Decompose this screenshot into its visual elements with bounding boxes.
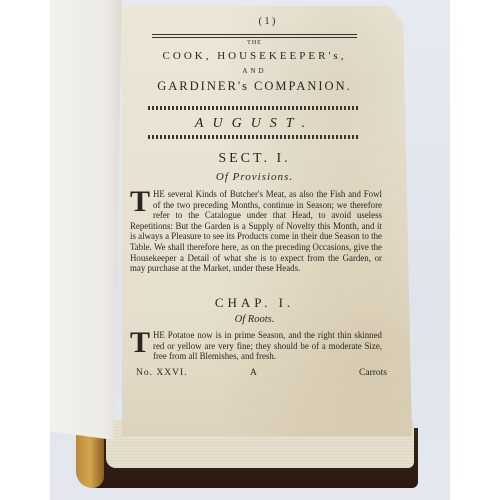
- blank-flyleaf: [50, 0, 122, 440]
- title-line-1: COOK, HOUSEKEEPER's,: [122, 50, 387, 62]
- section-subheading: Of Provisions.: [122, 171, 387, 183]
- ornament-rule-top: [148, 106, 360, 110]
- catchword: Carrots: [359, 368, 387, 378]
- title-the: THE: [122, 40, 387, 46]
- signature-number: No. XXVI.: [136, 368, 187, 378]
- book-photo: ( 1 ) THE COOK, HOUSEKEEPER's, AND GARDI…: [50, 0, 450, 500]
- chapter-heading: CHAP. I.: [122, 295, 387, 311]
- chapter-subheading: Of Roots.: [122, 314, 387, 325]
- section-heading: SECT. I.: [122, 151, 387, 167]
- signature-mark: A: [250, 368, 257, 378]
- chapter-text: HE Potatoe now is in prime Season, and t…: [153, 330, 382, 361]
- section-paragraph: THE several Kinds of Butcher's Meat, as …: [130, 189, 382, 274]
- month-heading: AUGUST.: [122, 116, 387, 132]
- book-page: ( 1 ) THE COOK, HOUSEKEEPER's, AND GARDI…: [122, 6, 412, 436]
- drop-cap: T: [130, 331, 150, 355]
- title-line-2: GARDINER's COMPANION.: [122, 79, 387, 94]
- double-rule: [152, 34, 357, 38]
- section-text: HE several Kinds of Butcher's Meat, as a…: [130, 189, 382, 273]
- drop-cap: T: [130, 190, 150, 214]
- ornament-rule-bottom: [148, 135, 360, 139]
- page-number: ( 1 ): [122, 16, 412, 27]
- title-and: AND: [122, 67, 387, 75]
- chapter-paragraph: THE Potatoe now is in prime Season, and …: [130, 330, 382, 362]
